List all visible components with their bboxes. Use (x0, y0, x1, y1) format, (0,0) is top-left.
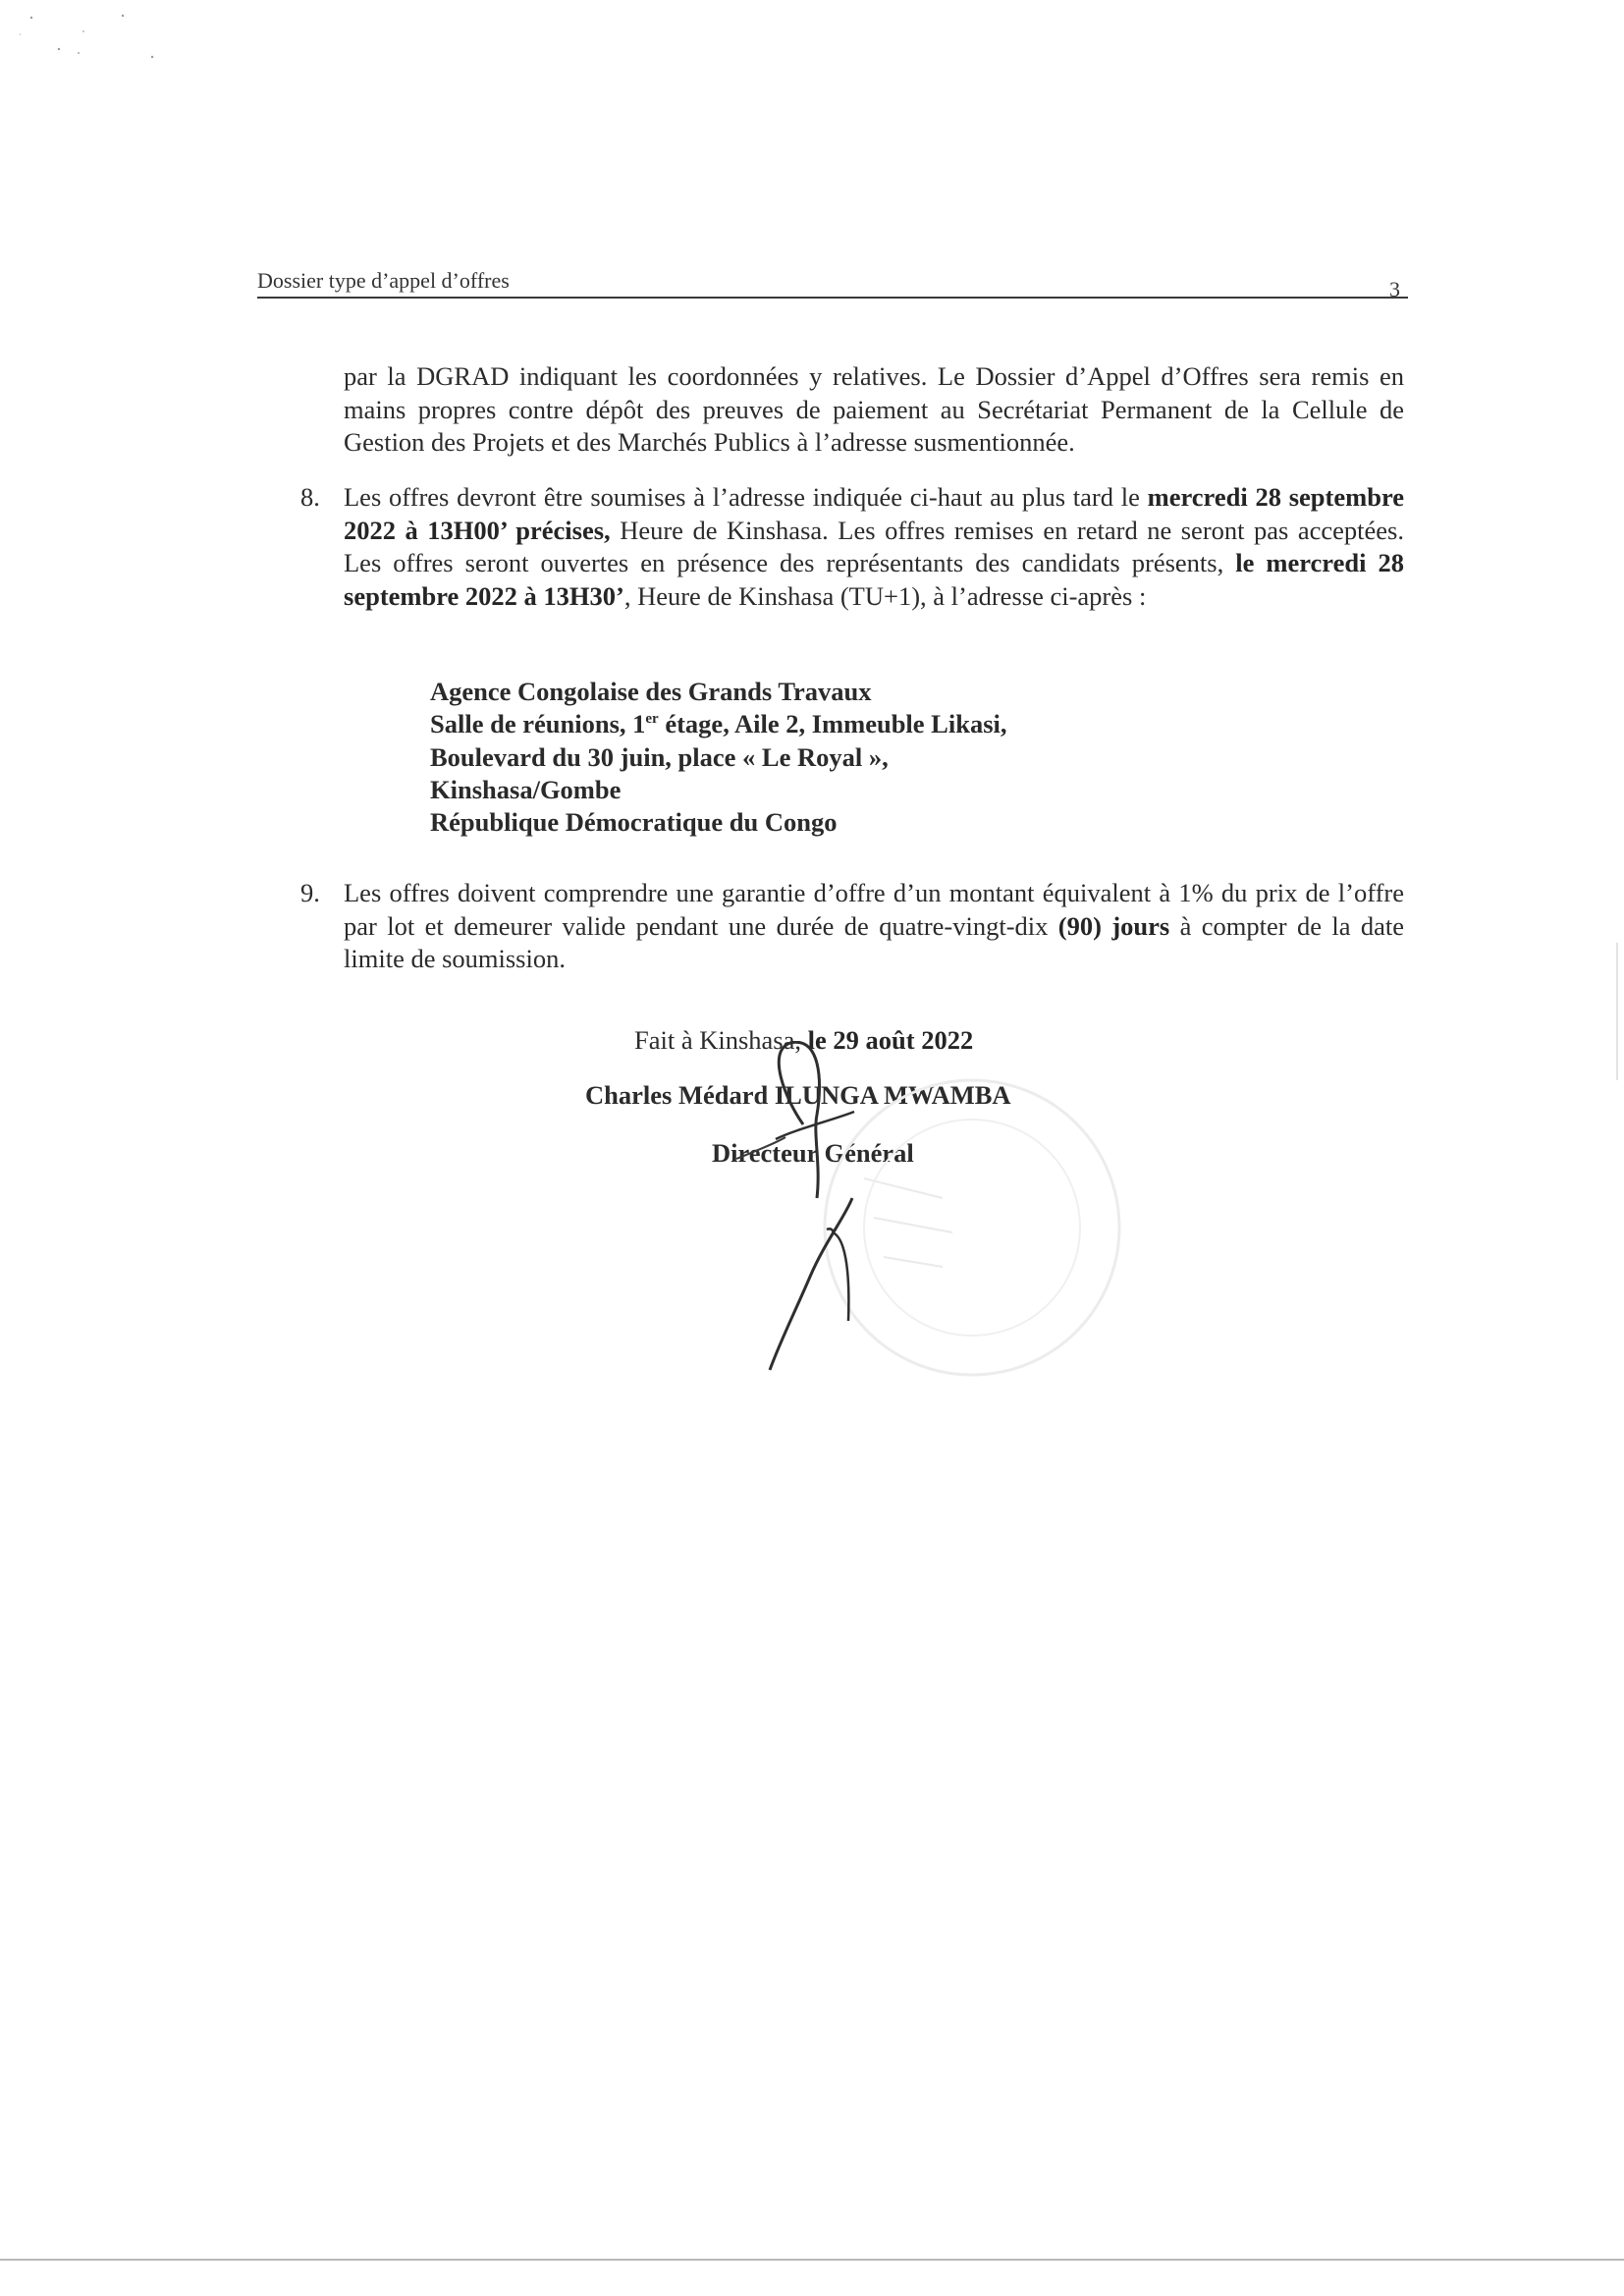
address-line-street: Boulevard du 30 juin, place « Le Royal »… (430, 741, 1007, 774)
item-number: 8. (300, 481, 320, 515)
item-text: Les offres doivent comprendre une garant… (344, 877, 1404, 976)
address-block: Agence Congolaise des Grands Travaux Sal… (430, 676, 1007, 839)
faded-stamp-icon (805, 1061, 1139, 1394)
running-header: Dossier type d’appel d’offres 3 (257, 265, 1408, 299)
signature-place-date: Fait à Kinshasa, le 29 août 2022 (634, 1025, 973, 1056)
address-line-organization: Agence Congolaise des Grands Travaux (430, 676, 1007, 708)
page-number: 3 (1389, 277, 1400, 302)
address-line-room: Salle de réunions, 1er étage, Aile 2, Im… (430, 708, 1007, 740)
item-text: Les offres devront être soumises à l’adr… (344, 481, 1404, 613)
signatory-title: Directeur Général (712, 1138, 914, 1169)
page-bottom-edge (0, 2259, 1624, 2261)
header-title: Dossier type d’appel d’offres (257, 268, 510, 294)
item-number: 9. (300, 877, 320, 910)
signatory-name: Charles Médard ILUNGA MWAMBA (585, 1080, 1011, 1111)
address-line-country: République Démocratique du Congo (430, 806, 1007, 839)
continuation-paragraph: par la DGRAD indiquant les coordonnées y… (344, 360, 1404, 460)
scan-edge-mark (1616, 943, 1618, 1080)
scan-specks (20, 10, 167, 69)
document-page: Dossier type d’appel d’offres 3 par la D… (0, 0, 1624, 2296)
address-line-city: Kinshasa/Gombe (430, 774, 1007, 806)
